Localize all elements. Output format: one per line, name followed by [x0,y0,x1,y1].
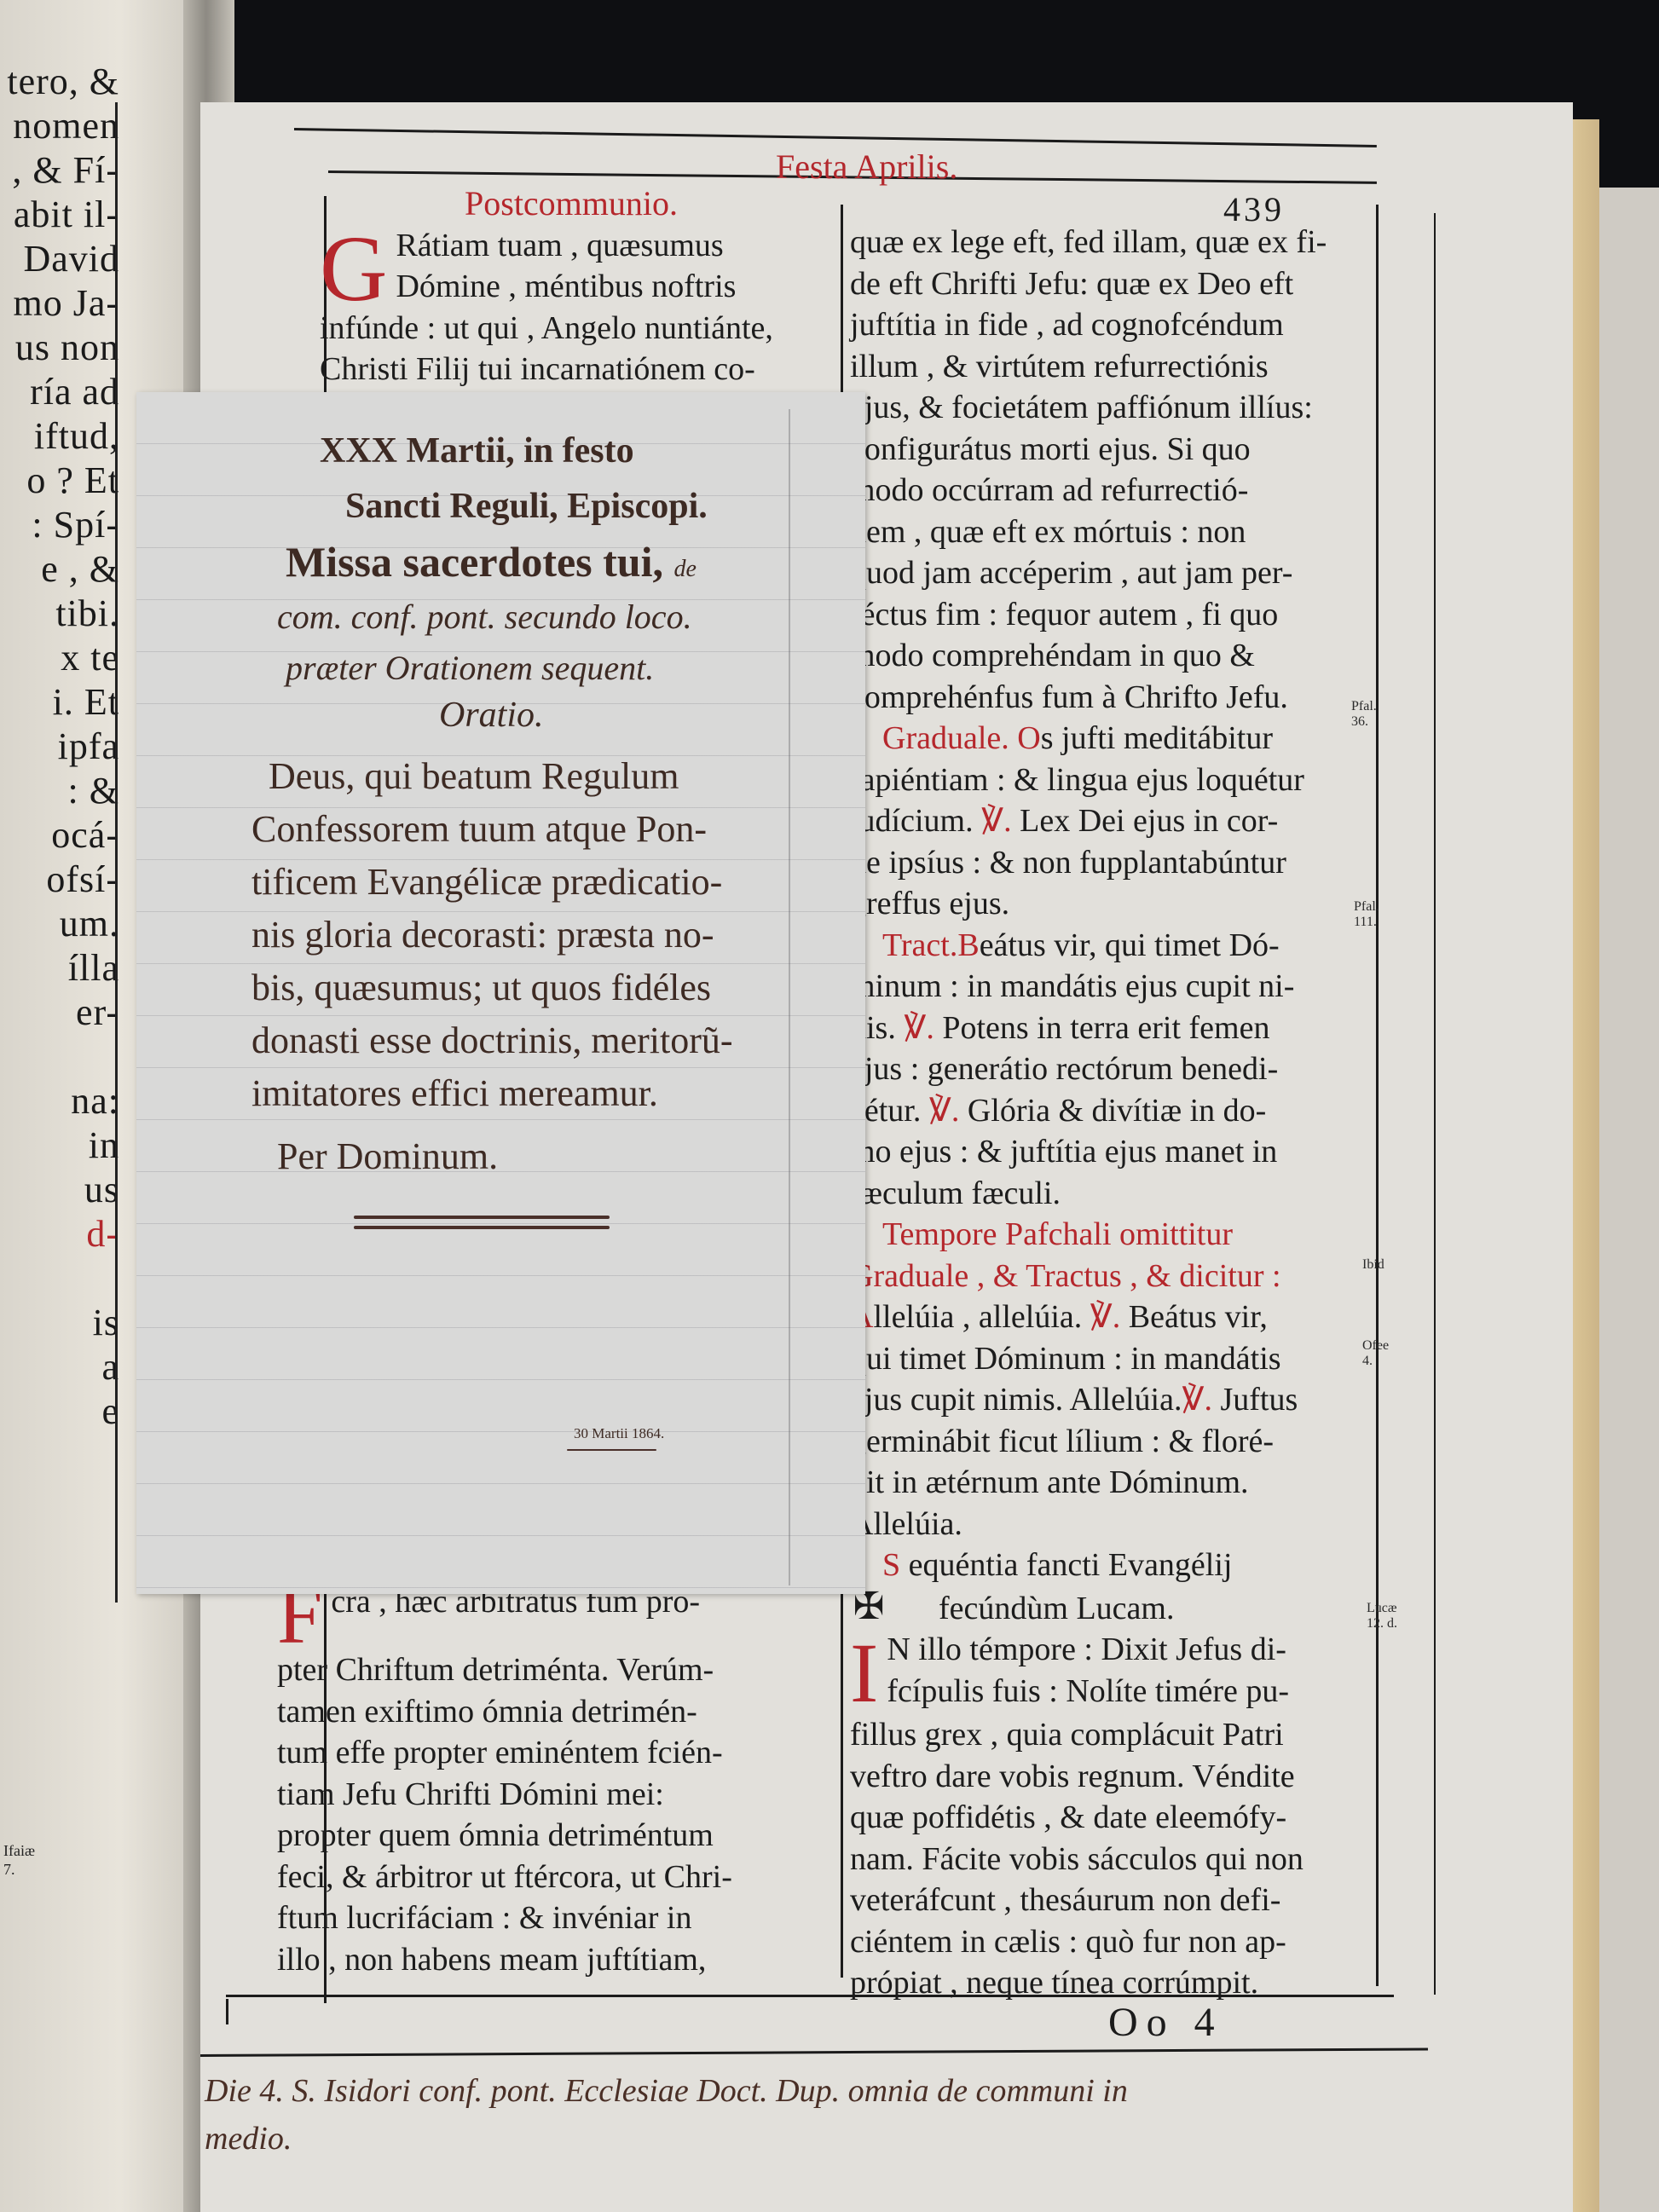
drop-cap-g: G [320,230,387,307]
sequentia-line: S equéntia fancti Evangélij [850,1545,1379,1586]
margin-ref-ibid: Ibid [1362,1257,1384,1273]
versicle-symbol: ℣. [981,803,1012,839]
margin-line [789,409,790,1585]
running-head: Festa Aprilis. [776,147,957,187]
handwritten-footer-note: Die 4. S. Isidori conf. pont. Ecclesiae … [205,2067,1128,2163]
versicle-symbol: ℣. [1090,1299,1121,1335]
column-rule [115,102,118,1603]
slip-rubric-line2: præter Orationem sequent. [286,648,654,688]
signature-mark: Oo 4 [1108,1999,1223,2046]
versicle-symbol: ℣. [1182,1382,1212,1418]
slip-conclusion: Per Dominum. [251,1130,733,1183]
margin-ref-luke: Lucæ12. d. [1367,1601,1397,1632]
paschal-rubric: Tempore Pafchali omittitur [850,1214,1379,1256]
postcommunio-block: Postcommunio. G Rátiam tuam , quæsumus D… [320,183,835,390]
slip-date-stamp: 30 Martii 1864. [574,1425,664,1442]
tractus-line: Tract.Beátus vir, qui timet Dó- [850,925,1379,967]
right-column: quæ ex lege eft, fed illam, quæ ex fi- d… [850,222,1379,2004]
postcommunio-heading: Postcommunio. [320,183,835,225]
graduale-line: Graduale. Os jufti meditábitur [850,718,1379,759]
slip-missa: Missa sacerdotes tui, de [286,537,697,586]
versicle-symbol: ℣. [904,1010,934,1046]
margin-ref-osee: Ofee4. [1362,1338,1389,1369]
slip-title-line2: Sancti Reguli, Episcopi. [345,486,708,527]
frame-left-outer-rule [226,1999,228,2024]
margin-outer-rule [1434,213,1436,1995]
margin-ref-psalm-111: Pfal.111. [1354,899,1379,930]
slip-rubric-line1: com. conf. pont. secundo loco. [277,597,692,637]
facing-page-text-fragments: tero, & nomen , & Fí- abit il- David mo … [0,60,119,1434]
slip-prayer: Deus, qui beatum Regulum Confessorem tuu… [251,750,733,1183]
epistle-block: F Ratres, Quæ mihi fuerunt lu- cra , hæc… [277,1564,835,1980]
margin-ref-psalm-36: Pfal.36. [1351,699,1377,730]
graduale-label: Graduale. [882,720,1009,756]
drop-cap-i: I [850,1632,878,1714]
slip-title-line1: XXX Martii, in festo [320,430,634,471]
tractus-label: Tract. [882,927,957,963]
margin-reference: Ifaiæ 7. [3,1841,35,1879]
date-underline [567,1449,656,1451]
slip-oratio-heading: Oratio. [439,695,544,736]
double-rule-top [354,1216,610,1219]
versicle-symbol: ℣. [929,1093,960,1129]
pasted-manuscript-slip: XXX Martii, in festo Sancti Reguli, Epis… [136,392,865,1594]
book-cover-edge [1594,188,1659,2212]
double-rule-bottom [354,1226,610,1229]
